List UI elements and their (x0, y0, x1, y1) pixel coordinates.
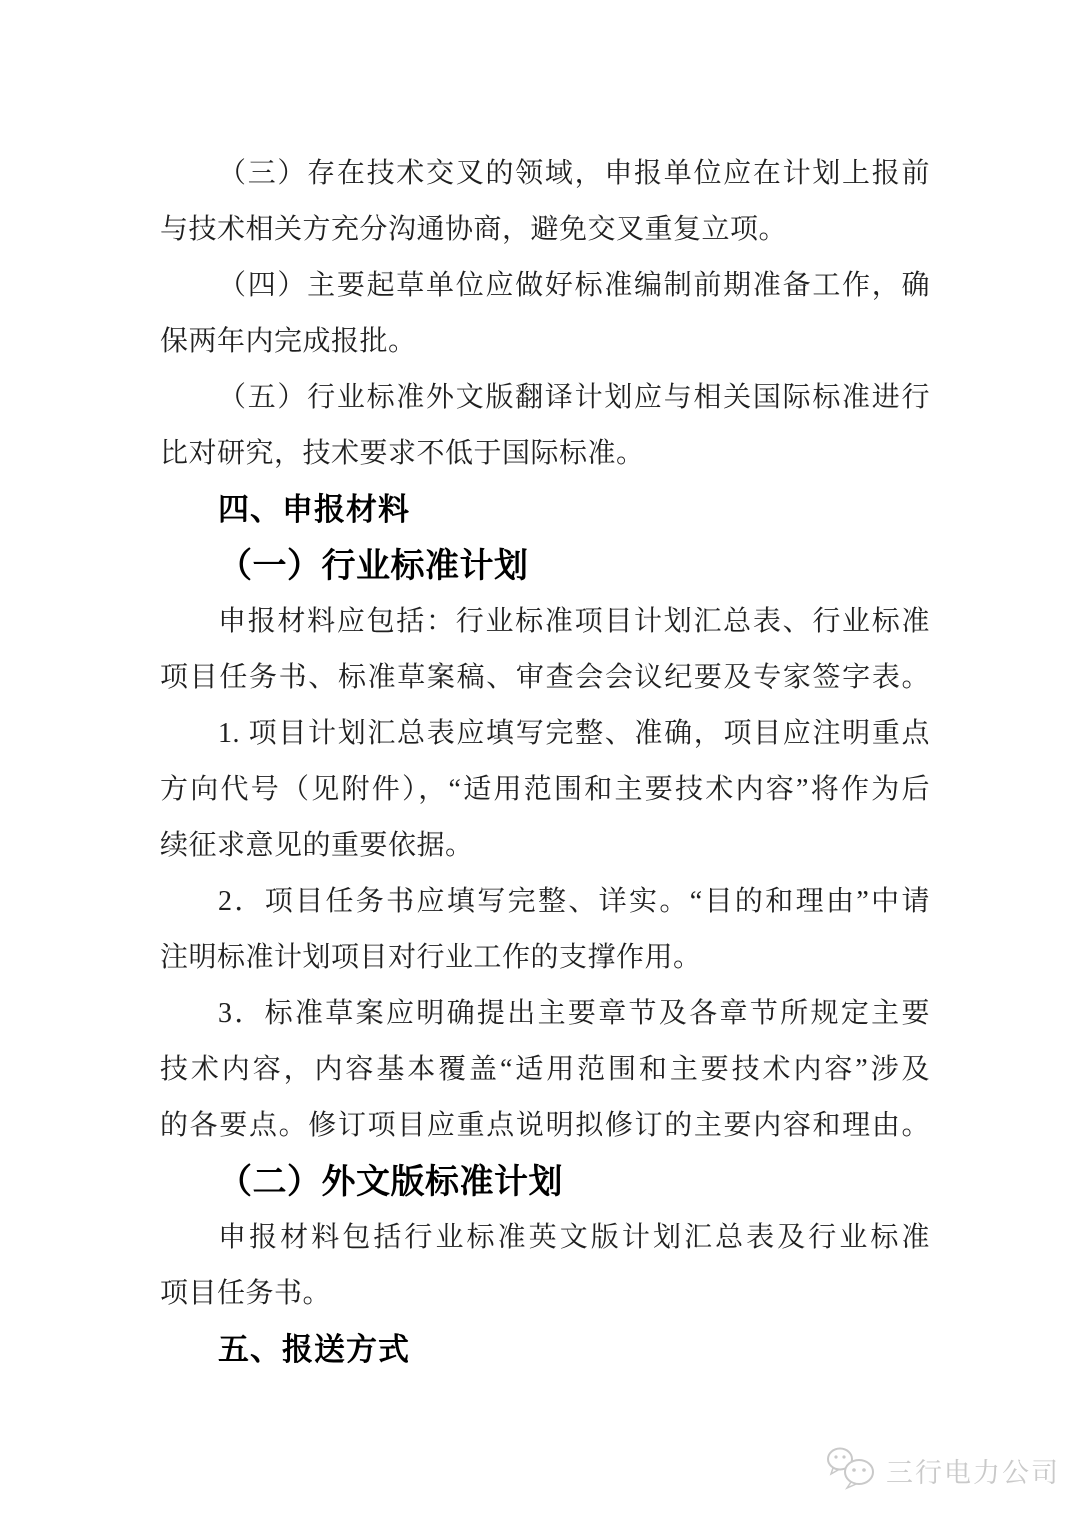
body-line: 2．项目任务书应填写完整、详实。“目的和理由”中请 (160, 874, 930, 930)
body-line: 的各要点。修订项目应重点说明拟修订的主要内容和理由。 (160, 1098, 930, 1154)
body-line: 申报材料应包括：行业标准项目计划汇总表、行业标准 (160, 594, 930, 650)
body-line: 与技术相关方充分沟通协商，避免交叉重复立项。 (160, 202, 930, 258)
section-heading-5: 五、报送方式 (160, 1322, 930, 1378)
body-line: 3．标准草案应明确提出主要章节及各章节所规定主要 (160, 986, 930, 1042)
watermark: 三行电力公司 (826, 1446, 1060, 1495)
body-line: 项目任务书、标准草案稿、审查会会议纪要及专家签字表。 (160, 650, 930, 706)
body-line: 1. 项目计划汇总表应填写完整、准确，项目应注明重点 (160, 706, 930, 762)
section-heading-4: 四、申报材料 (160, 482, 930, 538)
body-line: 项目任务书。 (160, 1266, 930, 1322)
body-line: （五）行业标准外文版翻译计划应与相关国际标准进行 (160, 370, 930, 426)
wechat-icon (826, 1446, 878, 1495)
body-line: （三）存在技术交叉的领域，申报单位应在计划上报前 (160, 146, 930, 202)
body-line: 比对研究，技术要求不低于国际标准。 (160, 426, 930, 482)
body-line: 续征求意见的重要依据。 (160, 818, 930, 874)
document-page: （三）存在技术交叉的领域，申报单位应在计划上报前 与技术相关方充分沟通协商，避免… (0, 0, 1080, 1526)
subsection-heading-1: （一）行业标准计划 (160, 538, 930, 594)
body-line: （四）主要起草单位应做好标准编制前期准备工作，确 (160, 258, 930, 314)
watermark-label: 三行电力公司 (886, 1451, 1060, 1490)
body-line: 保两年内完成报批。 (160, 314, 930, 370)
body-line: 申报材料包括行业标准英文版计划汇总表及行业标准 (160, 1210, 930, 1266)
subsection-heading-2: （二）外文版标准计划 (160, 1154, 930, 1210)
body-line: 技术内容，内容基本覆盖“适用范围和主要技术内容”涉及 (160, 1042, 930, 1098)
document-body: （三）存在技术交叉的领域，申报单位应在计划上报前 与技术相关方充分沟通协商，避免… (160, 146, 930, 1378)
body-line: 方向代号（见附件），“适用范围和主要技术内容”将作为后 (160, 762, 930, 818)
body-line: 注明标准计划项目对行业工作的支撑作用。 (160, 930, 930, 986)
